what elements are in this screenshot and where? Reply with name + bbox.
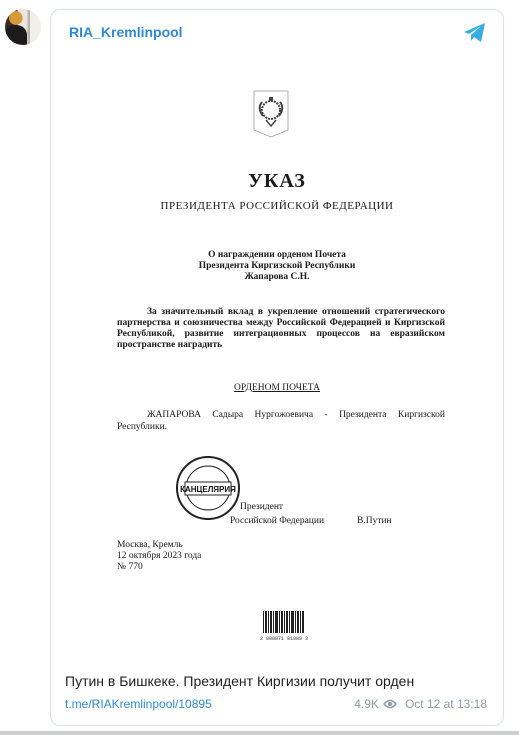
decree-title: УКАЗ [65, 170, 489, 193]
decree-document-image[interactable]: УКАЗ ПРЕЗИДЕНТА РОССИЙСКОЙ ФЕДЕРАЦИИ О н… [65, 70, 489, 670]
signature-title-line1: Президент [240, 502, 283, 512]
svg-text:КАНЦЕЛЯРИЯ: КАНЦЕЛЯРИЯ [180, 485, 236, 494]
post-card: RIA_Kremlinpool УКАЗ ПРЕЗИДЕНТА РОССИЙСК… [50, 9, 504, 726]
post-meta: 4.9K Oct 12 at 13:18 [354, 697, 487, 711]
telegram-plane-icon[interactable] [463, 22, 487, 44]
eye-icon [383, 699, 397, 709]
view-count: 4.9K [354, 697, 379, 711]
chancellery-stamp-icon: КАНЦЕЛЯРИЯ [175, 455, 241, 521]
post-date[interactable]: Oct 12 at 13:18 [405, 697, 487, 711]
signature-title-line2: Российской Федерации [230, 516, 324, 526]
decree-place-date: Москва, Кремль 12 октября 2023 года № 77… [117, 540, 201, 573]
recipient-text: ЖАПАРОВА Садыра Нургожоевича - Президент… [117, 409, 445, 433]
post-caption: Путин в Бишкеке. Президент Киргизии полу… [65, 673, 414, 689]
svg-text:2 000071 91989 3: 2 000071 91989 3 [260, 636, 308, 642]
divider [0, 731, 519, 735]
decree-body: За значительный вклад в укрепление отнош… [117, 307, 445, 351]
channel-name-link[interactable]: RIA_Kremlinpool [69, 24, 183, 40]
decree-issuer: ПРЕЗИДЕНТА РОССИЙСКОЙ ФЕДЕРАЦИИ [65, 200, 489, 212]
channel-avatar[interactable] [5, 9, 41, 45]
barcode-icon: 2 000071 91989 3 [257, 605, 311, 643]
signature-name: В.Путин [357, 516, 392, 526]
post-link[interactable]: t.me/RIAKremlinpool/10895 [65, 697, 212, 711]
decree-subject: О награждении орденом Почета Президента … [65, 250, 489, 283]
order-name: ОРДЕНОМ ПОЧЕТА [65, 383, 489, 393]
coat-of-arms-icon [253, 90, 289, 138]
